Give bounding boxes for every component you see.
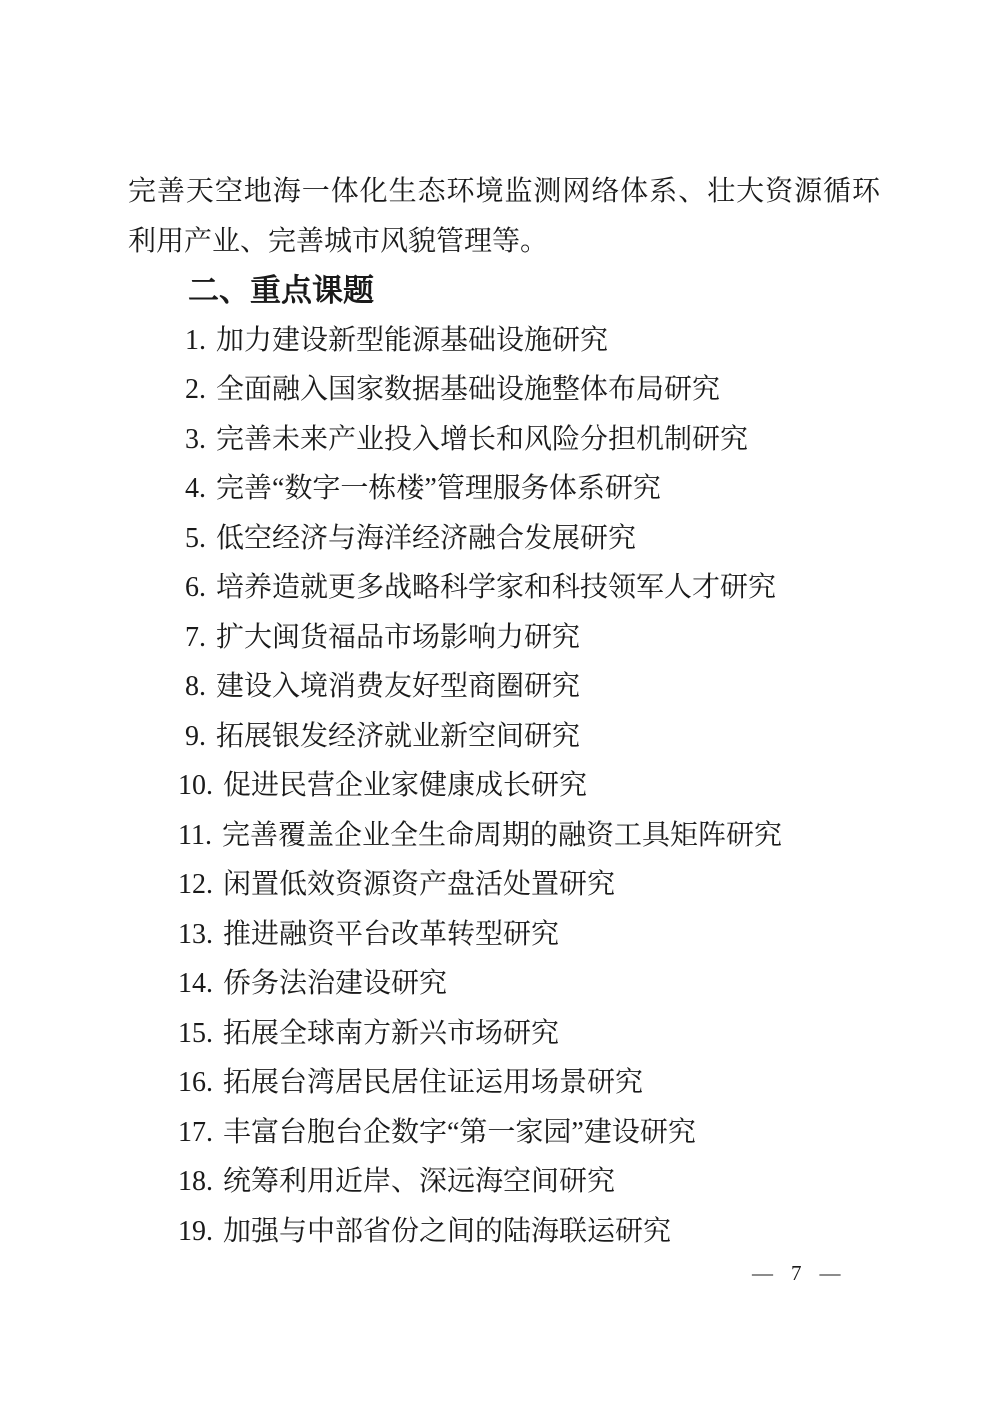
topic-number: 13.: [178, 910, 213, 960]
topic-item: 1.加力建设新型能源基础设施研究: [128, 316, 880, 366]
topic-title: 全面融入国家数据基础设施整体布局研究: [216, 374, 720, 405]
topic-item: 16.拓展台湾居民居住证运用场景研究: [128, 1058, 880, 1108]
topic-item: 6.培养造就更多战略科学家和科技领军人才研究: [128, 563, 880, 613]
topics-list: 1.加力建设新型能源基础设施研究 2.全面融入国家数据基础设施整体布局研究 3.…: [128, 316, 880, 1257]
topic-number: 10.: [178, 761, 213, 811]
topic-item: 8.建设入境消费友好型商圈研究: [128, 662, 880, 712]
footer-dash-left: —: [752, 1258, 773, 1288]
topic-number: 3.: [178, 415, 206, 465]
topic-title: 拓展台湾居民居住证运用场景研究: [223, 1067, 643, 1098]
topic-title: 培养造就更多战略科学家和科技领军人才研究: [216, 572, 776, 603]
topic-title: 推进融资平台改革转型研究: [223, 919, 559, 950]
topic-title: 统筹利用近岸、深远海空间研究: [223, 1166, 615, 1197]
topic-item: 19.加强与中部省份之间的陆海联运研究: [128, 1207, 880, 1257]
topic-number: 9.: [178, 712, 206, 762]
topic-item: 9.拓展银发经济就业新空间研究: [128, 712, 880, 762]
topic-number: 11.: [178, 811, 212, 861]
section-heading: 二、重点课题: [128, 266, 880, 316]
document-page: 完善天空地海一体化生态环境监测网络体系、壮大资源循环利用产业、完善城市风貌管理等…: [0, 0, 1000, 1414]
topic-number: 12.: [178, 860, 213, 910]
topic-item: 2.全面融入国家数据基础设施整体布局研究: [128, 365, 880, 415]
topic-item: 17.丰富台胞台企数字“第一家园”建设研究: [128, 1108, 880, 1158]
topic-item: 7.扩大闽货福品市场影响力研究: [128, 613, 880, 663]
topic-number: 8.: [178, 662, 206, 712]
topic-item: 13.推进融资平台改革转型研究: [128, 910, 880, 960]
topic-number: 5.: [178, 514, 206, 564]
topic-number: 1.: [178, 316, 206, 366]
topic-title: 完善未来产业投入增长和风险分担机制研究: [216, 424, 748, 455]
topic-title: 扩大闽货福品市场影响力研究: [216, 622, 580, 653]
topic-number: 17.: [178, 1108, 213, 1158]
topic-title: 促进民营企业家健康成长研究: [223, 770, 587, 801]
topic-title: 低空经济与海洋经济融合发展研究: [216, 523, 636, 554]
page-footer: — 7 —: [752, 1258, 841, 1288]
topic-number: 15.: [178, 1009, 213, 1059]
topic-number: 18.: [178, 1157, 213, 1207]
topic-title: 侨务法治建设研究: [223, 968, 447, 999]
topic-item: 10.促进民营企业家健康成长研究: [128, 761, 880, 811]
topic-title: 建设入境消费友好型商圈研究: [216, 671, 580, 702]
topic-title: 完善覆盖企业全生命周期的融资工具矩阵研究: [222, 820, 782, 851]
topic-title: 闲置低效资源资产盘活处置研究: [223, 869, 615, 900]
document-content: 完善天空地海一体化生态环境监测网络体系、壮大资源循环利用产业、完善城市风貌管理等…: [128, 167, 880, 1256]
topic-item: 15.拓展全球南方新兴市场研究: [128, 1009, 880, 1059]
topic-number: 4.: [178, 464, 206, 514]
topic-title: 完善“数字一栋楼”管理服务体系研究: [216, 473, 661, 504]
topic-title: 拓展全球南方新兴市场研究: [223, 1018, 559, 1049]
topic-item: 4.完善“数字一栋楼”管理服务体系研究: [128, 464, 880, 514]
footer-dash-right: —: [820, 1258, 841, 1288]
topic-title: 加力建设新型能源基础设施研究: [216, 325, 608, 356]
topic-item: 14.侨务法治建设研究: [128, 959, 880, 1009]
continuation-paragraph: 完善天空地海一体化生态环境监测网络体系、壮大资源循环利用产业、完善城市风貌管理等…: [128, 167, 880, 266]
topic-item: 5.低空经济与海洋经济融合发展研究: [128, 514, 880, 564]
topic-item: 11.完善覆盖企业全生命周期的融资工具矩阵研究: [128, 811, 880, 861]
topic-item: 3.完善未来产业投入增长和风险分担机制研究: [128, 415, 880, 465]
topic-title: 拓展银发经济就业新空间研究: [216, 721, 580, 752]
topic-item: 12.闲置低效资源资产盘活处置研究: [128, 860, 880, 910]
topic-title: 加强与中部省份之间的陆海联运研究: [223, 1216, 671, 1247]
topic-title: 丰富台胞台企数字“第一家园”建设研究: [223, 1117, 696, 1148]
topic-number: 16.: [178, 1058, 213, 1108]
page-number: 7: [791, 1258, 802, 1288]
topic-number: 19.: [178, 1207, 213, 1257]
topic-number: 2.: [178, 365, 206, 415]
topic-number: 7.: [178, 613, 206, 663]
topic-number: 6.: [178, 563, 206, 613]
topic-number: 14.: [178, 959, 213, 1009]
topic-item: 18.统筹利用近岸、深远海空间研究: [128, 1157, 880, 1207]
